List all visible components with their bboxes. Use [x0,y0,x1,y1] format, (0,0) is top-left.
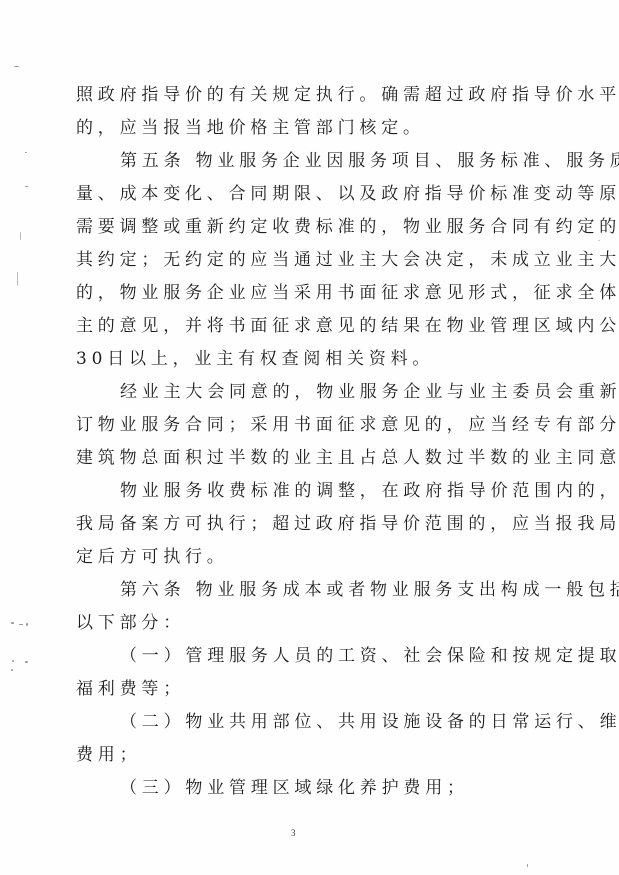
text-line: 的，应当报当地价格主管部门核定。 [76,112,522,145]
page-number: 3 [291,828,296,838]
scan-speck [17,272,18,286]
text-line: 我局备案方可执行；超过政府指导价范围的，应当报我局核 [76,508,522,541]
text-line: 的，物业服务企业应当采用书面征求意见形式，征求全体业 [76,277,522,310]
text-line: 定后方可执行。 [76,541,522,574]
text-line: 订物业服务合同；采用书面征求意见的，应当经专有部分占 [76,409,522,442]
scan-speck [25,661,28,663]
paragraph-start-line: 物业服务收费标准的调整，在政府指导价范围内的，报 [76,475,522,508]
scan-speck [20,232,21,240]
scan-speck [25,152,27,153]
article-5-heading-line: 第五条 物业服务企业因服务项目、服务标准、服务质 [76,145,522,178]
scan-speck [11,669,13,671]
paragraph-start-line: 经业主大会同意的，物业服务企业与业主委员会重新签 [76,376,522,409]
scan-speck [19,624,23,625]
article-6-heading-line: 第六条 物业服务成本或者物业服务支出构成一般包括 [76,574,522,607]
text-line: 福利费等； [76,673,522,706]
text-line: 主的意见，并将书面征求意见的结果在物业管理区域内公示 [76,310,522,343]
scan-speck [527,864,528,867]
list-item-3-line: （三）物业管理区域绿化养护费用； [76,772,522,805]
scan-speck [12,660,14,662]
text-line: 需要调整或重新约定收费标准的，物业服务合同有约定的从 [76,211,522,244]
scan-speck [11,622,14,624]
text-line: 建筑物总面积过半数的业主且占总人数过半数的业主同意。 [76,442,522,475]
text-line: 30日以上，业主有权查阅相关资料。 [76,343,522,376]
text-line: 以下部分： [76,607,522,640]
list-item-1-line: （一）管理服务人员的工资、社会保险和按规定提取的 [76,640,522,673]
scan-speck [598,240,600,241]
text-line: 量、成本变化、合同期限、以及政府指导价标准变动等原因 [76,178,522,211]
scan-speck [14,66,19,67]
text-line: 费用； [76,739,522,772]
scan-speck [26,623,28,626]
list-item-2-line: （二）物业共用部位、共用设施设备的日常运行、维护 [76,706,522,739]
text-line: 照政府指导价的有关规定执行。确需超过政府指导价水平 [76,79,522,112]
text-line: 其约定；无约定的应当通过业主大会决定，未成立业主大会 [76,244,522,277]
document-page: 照政府指导价的有关规定执行。确需超过政府指导价水平 的，应当报当地价格主管部门核… [0,0,619,875]
document-body: 照政府指导价的有关规定执行。确需超过政府指导价水平 的，应当报当地价格主管部门核… [76,79,522,805]
scan-speck [25,186,28,187]
